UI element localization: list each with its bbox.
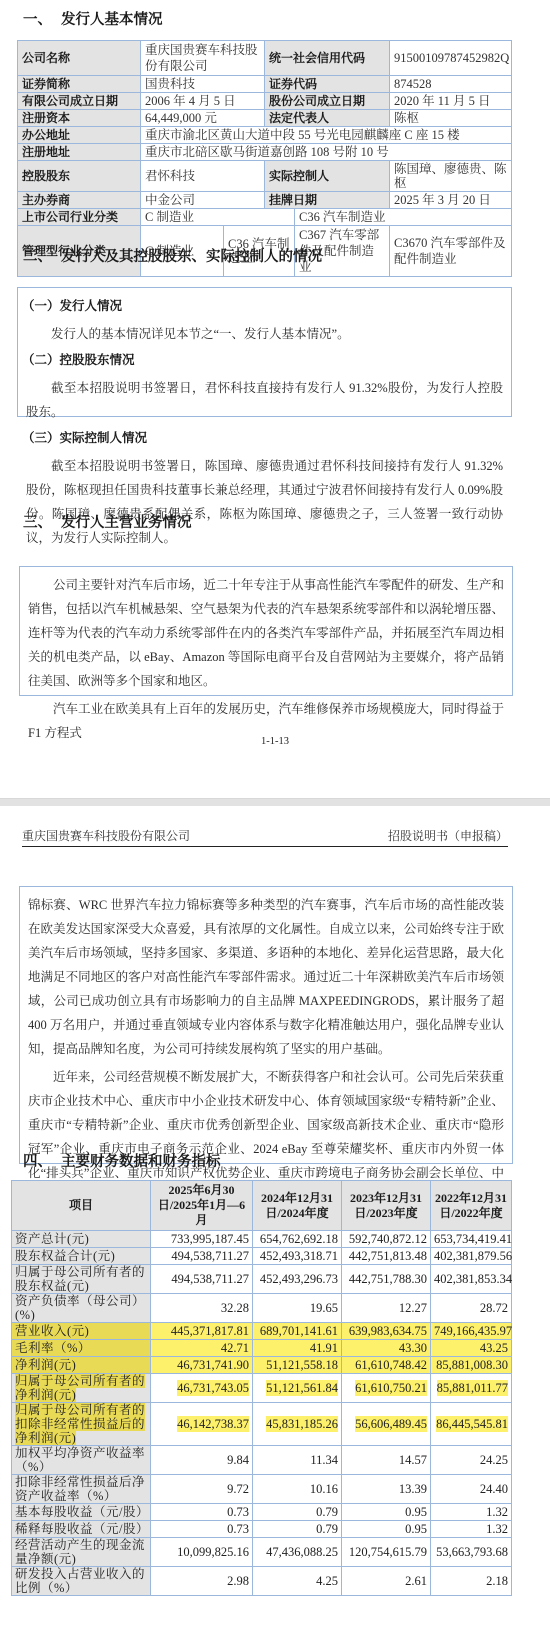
label-listing-date: 挂牌日期 [265,192,390,209]
value-llc-date: 2006 年 4 月 5 日 [141,93,265,110]
cell-value-text: 11.34 [310,1453,338,1467]
cell-value: 43.25 [431,1340,512,1357]
cell-value: 494,538,711.27 [151,1265,253,1294]
cell-value: 51,121,558.18 [253,1357,342,1374]
cell-value-text: 120,754,615.79 [349,1545,427,1559]
cell-value: 452,493,318.71 [253,1248,342,1265]
cell-value: 442,751,813.48 [342,1248,431,1265]
value-credit-code: 91500109787452982Q [390,41,512,76]
cell-value-text: 43.25 [480,1341,508,1355]
cell-value-text: 43.30 [399,1341,427,1355]
label-listed-industry: 上市公司行业分类 [18,209,141,226]
paragraph: 截至本招股说明书签署日，君怀科技直接持有发行人 91.32%股份，为发行人控股股… [26,376,503,424]
value-stock-code: 874528 [390,76,512,93]
row-label-text: 净利润(元) [15,1358,76,1372]
row-label-text: 经营活动产生的现金流量净额(元) [15,1538,145,1566]
cell-value-text: 10.16 [310,1482,338,1496]
cell-value-text: 24.25 [480,1453,508,1467]
column-header: 2024年12月31日/2024年度 [253,1181,342,1231]
cell-value: 1.32 [431,1521,512,1538]
cell-value-text: 32.28 [221,1301,249,1315]
cell-value-text: 445,371,817.81 [171,1324,249,1338]
cell-value-text: 689,701,141.61 [260,1324,338,1338]
running-header: 重庆国贵赛车科技股份有限公司 招股说明书（申报稿） [22,829,508,847]
label-stock-code: 证券代码 [265,76,390,93]
section-title: 发行人主营业务情况 [61,515,192,531]
cell-value-text: 0.79 [316,1505,338,1519]
row-label: 营业收入(元) [12,1323,151,1340]
cell-value: 402,381,879.56 [431,1248,512,1265]
section-number: 四、 [23,1150,61,1171]
table-row: 控股股东 君怀科技 实际控制人 陈国璋、廖德贵、陈枢 [18,161,512,192]
cell-value-text: 0.73 [227,1522,249,1536]
subheading-actual-controller: （三）实际控制人情况 [22,428,503,446]
cell-value: 24.25 [431,1446,512,1475]
cell-value-text: 24.40 [480,1482,508,1496]
section-heading-1: 一、发行人基本情况 [23,8,163,29]
main-business-box: 公司主要针对汽车后市场，近二十年专注于从事高性能汽车零配件的研发、生产和销售，包… [19,566,513,696]
row-label-text: 资产总计(元) [15,1232,89,1246]
row-label: 股东权益合计(元) [12,1248,151,1265]
row-label: 资产负债率（母公司）(%) [12,1294,151,1323]
value-mgmt-industry-4: C3670 汽车零部件及配件制造业 [390,226,512,277]
label-stock-abbr: 证券简称 [18,76,141,93]
table-row: 归属于母公司所有者的净利润(元)46,731,743.0551,121,561.… [12,1374,512,1403]
cell-value: 61,610,750.21 [342,1374,431,1403]
cell-value: 733,995,187.45 [151,1231,253,1248]
row-label: 稀释每股收益（元/股） [12,1521,151,1538]
value-jsc-date: 2020 年 11 月 5 日 [390,93,512,110]
value-listed-industry-2: C36 汽车制造业 [295,209,512,226]
row-label-text: 资产负债率（母公司）(%) [15,1294,145,1322]
row-label-text: 加权平均净资产收益率（%） [15,1446,145,1474]
cell-value: 11.34 [253,1446,342,1475]
table-row: 主办券商 中金公司 挂牌日期 2025 年 3 月 20 日 [18,192,512,209]
section-title: 发行人及其控股股东、实际控制人的情况 [61,249,322,265]
value-controlling-shareholder: 君怀科技 [141,161,265,192]
label-credit-code: 统一社会信用代码 [265,41,390,76]
subheading-issuer: （一）发行人情况 [22,296,503,314]
cell-value-text: 0.79 [316,1522,338,1536]
value-registered-address: 重庆市北碚区歇马街道嘉创路 108 号附 10 号 [141,144,512,161]
label-reg-capital: 注册资本 [18,110,141,127]
label-jsc-date: 股份公司成立日期 [265,93,390,110]
table-row: 证券简称 国贵科技 证券代码 874528 [18,76,512,93]
cell-value: 442,751,788.30 [342,1265,431,1294]
section-title: 主要财务数据和财务指标 [61,1154,221,1170]
section-number: 三、 [23,511,61,532]
label-office-address: 办公地址 [18,127,141,144]
cell-value-text: 654,762,692.18 [260,1232,338,1246]
table-row: 股东权益合计(元)494,538,711.27452,493,318.71442… [12,1248,512,1265]
table-row: 毛利率（%）42.7141.9143.3043.25 [12,1340,512,1357]
row-label: 资产总计(元) [12,1231,151,1248]
cell-value-text: 10,099,825.16 [177,1545,249,1559]
table-header-row: 项目 2025年6月30日/2025年1月—6月 2024年12月31日/202… [12,1181,512,1231]
row-label-text: 归属于母公司所有者的扣除非经常性损益后的净利润(元) [15,1403,145,1445]
cell-value: 24.40 [431,1475,512,1504]
row-label-text: 归属于母公司所有者的股东权益(元) [15,1265,145,1293]
cell-value: 0.79 [253,1504,342,1521]
cell-value-text: 442,751,813.48 [349,1249,427,1263]
table-row: 经营活动产生的现金流量净额(元)10,099,825.1647,436,088.… [12,1538,512,1567]
cell-value: 10,099,825.16 [151,1538,253,1567]
row-label-text: 营业收入(元) [15,1324,89,1338]
cell-value-text: 53,663,793.68 [436,1545,508,1559]
cell-value-text: 452,493,296.73 [260,1272,338,1286]
cell-value: 0.95 [342,1521,431,1538]
label-company-name: 公司名称 [18,41,141,76]
cell-value: 56,606,489.45 [342,1403,431,1446]
cell-value-text: 61,610,748.42 [355,1358,427,1372]
row-label: 研发投入占营业收入的比例（%） [12,1567,151,1596]
cell-value: 13.39 [342,1475,431,1504]
cell-value-text: 46,142,738.37 [177,1416,249,1432]
cell-value: 43.30 [342,1340,431,1357]
cell-value-text: 47,436,088.25 [266,1545,338,1559]
section-title: 发行人基本情况 [61,12,163,28]
cell-value: 19.65 [253,1294,342,1323]
row-label-text: 研发投入占营业收入的比例（%） [15,1567,145,1595]
section-heading-2: 二、发行人及其控股股东、实际控制人的情况 [23,245,322,266]
cell-value-text: 9.72 [227,1482,249,1496]
cell-value: 654,762,692.18 [253,1231,342,1248]
cell-value-text: 14.57 [399,1453,427,1467]
cell-value: 494,538,711.27 [151,1248,253,1265]
cell-value-text: 1.32 [486,1505,508,1519]
cell-value: 639,983,634.75 [342,1323,431,1340]
cell-value: 653,734,419.41 [431,1231,512,1248]
cell-value: 46,142,738.37 [151,1403,253,1446]
table-row: 加权平均净资产收益率（%）9.8411.3414.5724.25 [12,1446,512,1475]
cell-value-text: 46,731,743.05 [177,1380,249,1396]
cell-value-text: 2.18 [486,1574,508,1588]
table-row: 研发投入占营业收入的比例（%）2.984.252.612.18 [12,1567,512,1596]
cell-value: 53,663,793.68 [431,1538,512,1567]
row-label-text: 毛利率（%） [15,1341,91,1355]
table-row: 上市公司行业分类 C 制造业 C36 汽车制造业 [18,209,512,226]
cell-value: 51,121,561.84 [253,1374,342,1403]
cell-value: 402,381,853.34 [431,1265,512,1294]
cell-value: 2.61 [342,1567,431,1596]
value-actual-controller: 陈国璋、廖德贵、陈枢 [390,161,512,192]
column-header: 2023年12月31日/2023年度 [342,1181,431,1231]
header-doc-title: 招股说明书（申报稿） [388,827,508,844]
section-number: 一、 [23,8,61,29]
row-label: 净利润(元) [12,1357,151,1374]
row-label: 归属于母公司所有者的扣除非经常性损益后的净利润(元) [12,1403,151,1446]
cell-value-text: 51,121,558.18 [266,1358,338,1372]
cell-value-text: 0.95 [405,1505,427,1519]
cell-value-text: 749,166,435.97 [434,1324,512,1338]
cell-value: 10.16 [253,1475,342,1504]
header-company-name: 重庆国贵赛车科技股份有限公司 [22,827,190,844]
paragraph: 截至本招股说明书签署日，陈国璋、廖德贵通过君怀科技间接持有发行人 91.32%股… [26,454,503,550]
cell-value: 46,731,741.90 [151,1357,253,1374]
label-registered-address: 注册地址 [18,144,141,161]
cell-value: 14.57 [342,1446,431,1475]
cell-value: 86,445,545.81 [431,1403,512,1446]
cell-value-text: 85,881,011.77 [437,1380,508,1396]
row-label: 扣除非经常性损益后净资产收益率（%） [12,1475,151,1504]
cell-value: 45,831,185.26 [253,1403,342,1446]
table-row: 稀释每股收益（元/股）0.730.790.951.32 [12,1521,512,1538]
cell-value-text: 61,610,750.21 [355,1380,427,1396]
cell-value: 592,740,872.12 [342,1231,431,1248]
table-row: 注册资本 64,449,000 元 法定代表人 陈枢 [18,110,512,127]
cell-value-text: 592,740,872.12 [349,1232,427,1246]
cell-value-text: 13.39 [399,1482,427,1496]
cell-value: 32.28 [151,1294,253,1323]
table-row: 办公地址 重庆市渝北区黄山大道中段 55 号光电园麒麟座 C 座 15 楼 [18,127,512,144]
issuer-basic-info-table: 公司名称 重庆国贵赛车科技股份有限公司 统一社会信用代码 91500109787… [17,40,512,277]
row-label: 毛利率（%） [12,1340,151,1357]
cell-value: 12.27 [342,1294,431,1323]
table-row: 扣除非经常性损益后净资产收益率（%）9.7210.1613.3924.40 [12,1475,512,1504]
column-header: 2025年6月30日/2025年1月—6月 [151,1181,253,1231]
cell-value: 749,166,435.97 [431,1323,512,1340]
row-label-text: 股东权益合计(元) [15,1249,115,1263]
cell-value: 61,610,748.42 [342,1357,431,1374]
table-row: 公司名称 重庆国贵赛车科技股份有限公司 统一社会信用代码 91500109787… [18,41,512,76]
paragraph: 公司主要针对汽车后市场，近二十年专注于从事高性能汽车零配件的研发、生产和销售，包… [28,573,504,693]
cell-value: 2.98 [151,1567,253,1596]
subheading-controlling-shareholder: （二）控股股东情况 [22,350,503,368]
cell-value-text: 402,381,853.34 [434,1272,512,1286]
cell-value: 9.72 [151,1475,253,1504]
cell-value: 0.73 [151,1504,253,1521]
cell-value-text: 56,606,489.45 [355,1416,427,1432]
main-business-box-continued: 锦标赛、WRC 世界汽车拉力锦标赛等多种类型的汽车赛事，汽车后市场的高性能改装在… [19,886,513,1164]
table-row: 有限公司成立日期 2006 年 4 月 5 日 股份公司成立日期 2020 年 … [18,93,512,110]
cell-value-text: 402,381,879.56 [434,1249,512,1263]
cell-value-text: 0.95 [405,1522,427,1536]
cell-value-text: 494,538,711.27 [171,1272,249,1286]
cell-value: 445,371,817.81 [151,1323,253,1340]
cell-value: 9.84 [151,1446,253,1475]
value-reg-capital: 64,449,000 元 [141,110,265,127]
cell-value-text: 639,983,634.75 [349,1324,427,1338]
cell-value: 0.73 [151,1521,253,1538]
value-listing-date: 2025 年 3 月 20 日 [390,192,512,209]
table-row: 营业收入(元)445,371,817.81689,701,141.61639,9… [12,1323,512,1340]
row-label: 归属于母公司所有者的股东权益(元) [12,1265,151,1294]
label-actual-controller: 实际控制人 [265,161,390,192]
cell-value-text: 2.61 [405,1574,427,1588]
cell-value: 0.79 [253,1521,342,1538]
cell-value-text: 9.84 [227,1453,249,1467]
cell-value: 689,701,141.61 [253,1323,342,1340]
paragraph: 锦标赛、WRC 世界汽车拉力锦标赛等多种类型的汽车赛事，汽车后市场的高性能改装在… [28,893,504,1061]
section-heading-3: 三、发行人主营业务情况 [23,511,192,532]
row-label-text: 基本每股收益（元/股） [15,1505,149,1519]
financial-indicators-table: 项目 2025年6月30日/2025年1月—6月 2024年12月31日/202… [11,1180,512,1596]
cell-value-text: 46,731,741.90 [177,1358,249,1372]
table-row: 资产总计(元)733,995,187.45654,762,692.18592,7… [12,1231,512,1248]
table-row: 注册地址 重庆市北碚区歇马街道嘉创路 108 号附 10 号 [18,144,512,161]
cell-value-text: 494,538,711.27 [171,1249,249,1263]
cell-value-text: 4.25 [316,1574,338,1588]
row-label-text: 扣除非经常性损益后净资产收益率（%） [15,1475,145,1503]
cell-value-text: 85,881,008.30 [436,1358,508,1372]
column-header: 2022年12月31日/2022年度 [431,1181,512,1231]
label-sponsor: 主办券商 [18,192,141,209]
cell-value: 4.25 [253,1567,342,1596]
section-heading-4: 四、主要财务数据和财务指标 [23,1150,221,1171]
row-label: 加权平均净资产收益率（%） [12,1446,151,1475]
cell-value: 46,731,743.05 [151,1374,253,1403]
cell-value: 47,436,088.25 [253,1538,342,1567]
section-number: 二、 [23,245,61,266]
value-legal-rep: 陈枢 [390,110,512,127]
page-number: 1-1-13 [0,736,550,747]
cell-value-text: 28.72 [480,1301,508,1315]
column-header: 项目 [12,1181,151,1231]
cell-value: 452,493,296.73 [253,1265,342,1294]
cell-value-text: 41.91 [310,1341,338,1355]
paragraph: 发行人的基本情况详见本节之“一、发行人基本情况”。 [26,322,503,346]
cell-value-text: 12.27 [399,1301,427,1315]
cell-value: 85,881,008.30 [431,1357,512,1374]
table-row: 资产负债率（母公司）(%)32.2819.6512.2728.72 [12,1294,512,1323]
row-label-text: 归属于母公司所有者的净利润(元) [15,1374,145,1402]
cell-value: 41.91 [253,1340,342,1357]
controller-info-box: （一）发行人情况 发行人的基本情况详见本节之“一、发行人基本情况”。 （二）控股… [17,287,512,417]
table-row: 基本每股收益（元/股）0.730.790.951.32 [12,1504,512,1521]
cell-value-text: 452,493,318.71 [260,1249,338,1263]
table-row: 归属于母公司所有者的股东权益(元)494,538,711.27452,493,2… [12,1265,512,1294]
value-company-name: 重庆国贵赛车科技股份有限公司 [141,41,265,76]
row-label: 基本每股收益（元/股） [12,1504,151,1521]
document-page-1: 一、发行人基本情况 公司名称 重庆国贵赛车科技股份有限公司 统一社会信用代码 9… [0,0,550,795]
cell-value: 120,754,615.79 [342,1538,431,1567]
cell-value-text: 0.73 [227,1505,249,1519]
cell-value: 0.95 [342,1504,431,1521]
value-office-address: 重庆市渝北区黄山大道中段 55 号光电园麒麟座 C 座 15 楼 [141,127,512,144]
cell-value-text: 1.32 [486,1522,508,1536]
row-label: 经营活动产生的现金流量净额(元) [12,1538,151,1567]
cell-value-text: 42.71 [221,1341,249,1355]
cell-value-text: 45,831,185.26 [266,1416,338,1432]
label-llc-date: 有限公司成立日期 [18,93,141,110]
cell-value-text: 19.65 [310,1301,338,1315]
table-row: 归属于母公司所有者的扣除非经常性损益后的净利润(元)46,142,738.374… [12,1403,512,1446]
cell-value: 28.72 [431,1294,512,1323]
value-listed-industry-1: C 制造业 [141,209,295,226]
row-label: 归属于母公司所有者的净利润(元) [12,1374,151,1403]
cell-value-text: 2.98 [227,1574,249,1588]
value-sponsor: 中金公司 [141,192,265,209]
cell-value-text: 653,734,419.41 [434,1232,512,1246]
cell-value: 2.18 [431,1567,512,1596]
label-legal-rep: 法定代表人 [265,110,390,127]
label-controlling-shareholder: 控股股东 [18,161,141,192]
cell-value: 1.32 [431,1504,512,1521]
cell-value-text: 51,121,561.84 [266,1380,338,1396]
value-stock-abbr: 国贵科技 [141,76,265,93]
cell-value-text: 86,445,545.81 [436,1416,508,1432]
cell-value-text: 733,995,187.45 [171,1232,249,1246]
cell-value: 85,881,011.77 [431,1374,512,1403]
cell-value: 42.71 [151,1340,253,1357]
table-row: 净利润(元)46,731,741.9051,121,558.1861,610,7… [12,1357,512,1374]
cell-value-text: 442,751,788.30 [349,1272,427,1286]
row-label-text: 稀释每股收益（元/股） [15,1522,149,1536]
